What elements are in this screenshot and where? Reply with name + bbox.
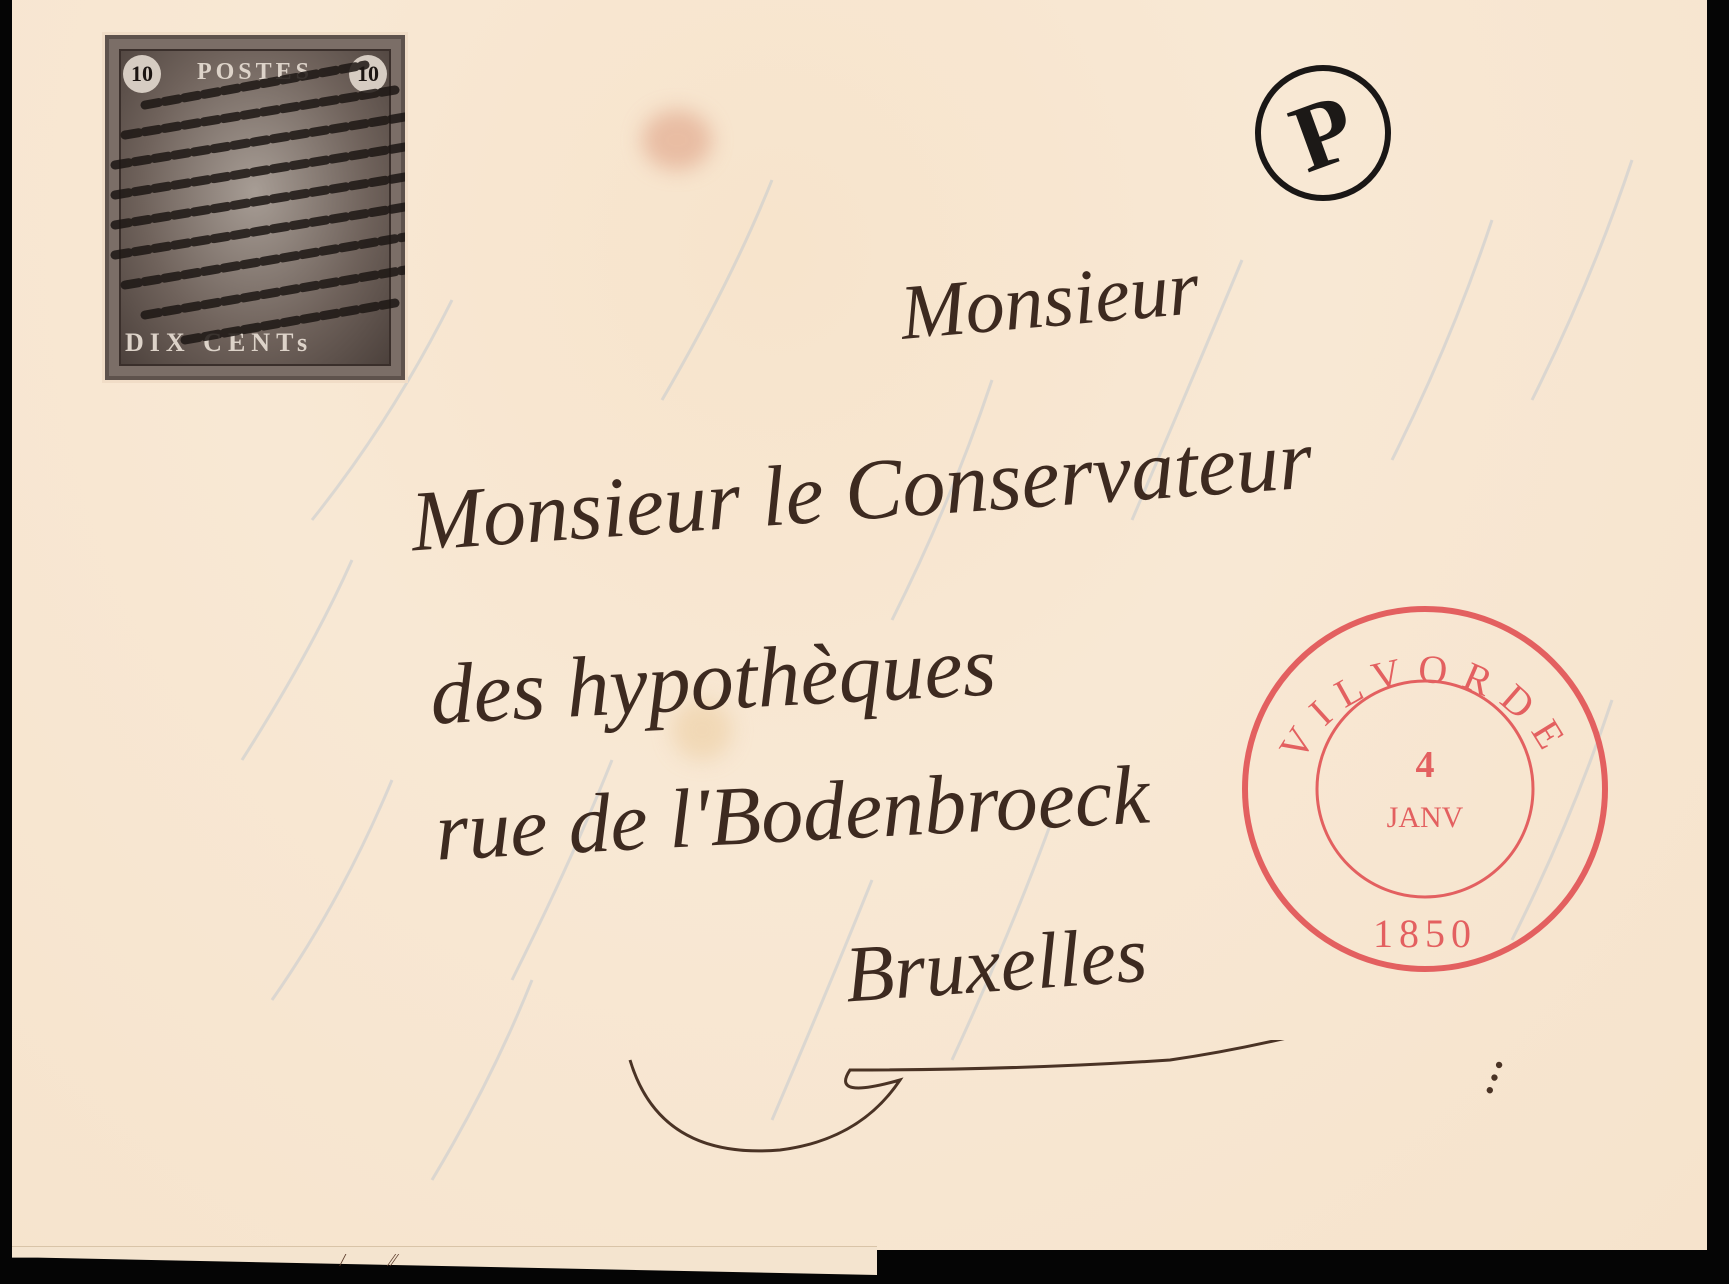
- bar-cancel-marks: [105, 35, 405, 380]
- fold-ink-marks: / ⁄⁄: [340, 1250, 540, 1270]
- datestamp-day: 4: [1416, 744, 1435, 786]
- datestamp-month: JANV: [1387, 801, 1464, 834]
- red-datestamp: VILVORDE 4 JANV 1850: [1238, 602, 1613, 977]
- p-letter: P: [1279, 78, 1367, 188]
- postage-stamp: 10 10 POSTES DIX CENTs: [105, 35, 405, 380]
- underline-flourish: [600, 1040, 1400, 1180]
- datestamp-year: 1850: [1373, 911, 1477, 956]
- p-handstamp: P: [1255, 65, 1391, 201]
